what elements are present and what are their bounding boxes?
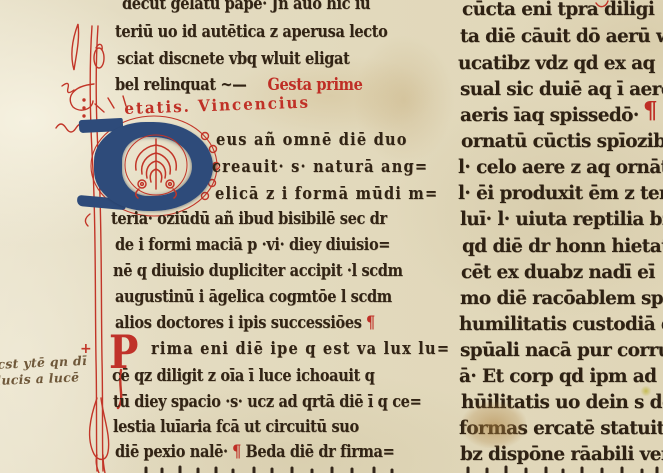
pilcrow-mark: ¶	[643, 99, 658, 122]
text-line-right-18: bz dispōne rāabili ver	[460, 443, 663, 466]
rubric-inline-gesta-prime: Gesta prime	[268, 75, 363, 94]
text-line-right-16: hūilitatis uo dein s dē	[461, 391, 663, 414]
text-line-left-6: eus añ omnē diē duo	[216, 130, 408, 151]
text-line-left-15: cē qz diligit z oīa ī luce ichoauit q	[112, 366, 374, 387]
text-line-right-9: luī· l· uiuta reptilia bz	[460, 208, 663, 231]
text-line-left-18: diē pexio nalē·¶Beda diē dr firma=	[115, 442, 394, 463]
text-line-right-2: ta diē cāuit dō aerū w	[460, 25, 663, 48]
text-line-left-14: rima eni diē ipe q est va lux lu=	[151, 339, 450, 360]
text-line-right-7: l· celo aere z aq ornāt z	[458, 156, 663, 179]
line13-black-text: alios doctores i ipis successiōes	[115, 313, 362, 332]
text-line-left-8: elicā z i formā mūdi m=	[215, 184, 438, 205]
text-line-right-11: cēt ex duabz nadī eī	[461, 261, 655, 284]
text-line-left-13: alios doctores i ipis successiōes¶	[115, 313, 375, 334]
text-line-left-9: teria· oziūdū añ ibud bisibilē sec dr	[111, 209, 387, 230]
text-line-right-15: ā· Et corp qd ipm ad	[459, 365, 656, 388]
pilcrow-mark: ¶	[232, 442, 241, 461]
clipped-next-line-marks	[146, 467, 657, 473]
text-line-right-8: l· ēi produxit ēm z ter	[458, 182, 663, 205]
text-line-left-1: decut gelatū pape· Jn auo hic iu	[122, 0, 370, 15]
line18-black-b: Beda diē dr firma=	[245, 442, 394, 461]
text-line-left-17: lestia luīaria fcā ut circuitū suo	[113, 417, 359, 438]
text-line-left-10: de i formi maciā p ·vi· diey diuisio=	[115, 235, 390, 256]
text-line-right-14: spūali nacā pur corru	[460, 339, 663, 362]
text-line-right-3: ucatibz vdz qd ex aq	[458, 52, 655, 75]
line4-black-text: bel relinquat ~—	[115, 75, 246, 94]
text-line-left-12: augustinū i āgelica cogmtōe l scdm	[115, 287, 392, 308]
manuscript-page: D decut gelatū pape· Jn auo hic iu teriū…	[0, 0, 663, 473]
text-line-right-12: mo diē racōablem spī	[460, 287, 663, 310]
line18-black-a: diē pexio nalē·	[115, 442, 228, 461]
pilcrow-mark: ¶	[366, 313, 375, 332]
palmette-infill-icon	[119, 131, 193, 201]
text-line-left-2: teriū uo id autētica z aperusa lecto	[115, 22, 387, 43]
text-line-right-10: qd diē dr honn hietatī	[462, 235, 663, 258]
text-line-right-13: humilitatis custodiā q	[459, 313, 663, 336]
text-line-right-5: aeris īaq spissedō·	[460, 104, 639, 127]
marginal-cross-mark: +	[80, 342, 92, 356]
text-line-right-1: cūcta eni tpra diligi	[462, 0, 654, 21]
text-line-left-7: creauit· s· naturā ang=	[212, 157, 428, 178]
text-line-left-16: tū diey spacio ·s· ucz ad qrtā diē ī q c…	[113, 392, 421, 413]
text-line-left-11: nē q diuisio dupliciter accipit ·l scdm	[113, 261, 403, 282]
text-line-right-4: sual sic duiē aq ī aerē	[460, 78, 663, 101]
text-line-left-3: sciat discnete vbq wluit eligat	[117, 49, 349, 70]
text-line-right-6: ornatū cūctis spīozibz	[461, 130, 663, 153]
text-line-left-4: bel relinquat ~—Gesta prime	[115, 75, 363, 96]
text-line-right-17: formas ercatē statuit	[459, 417, 663, 440]
